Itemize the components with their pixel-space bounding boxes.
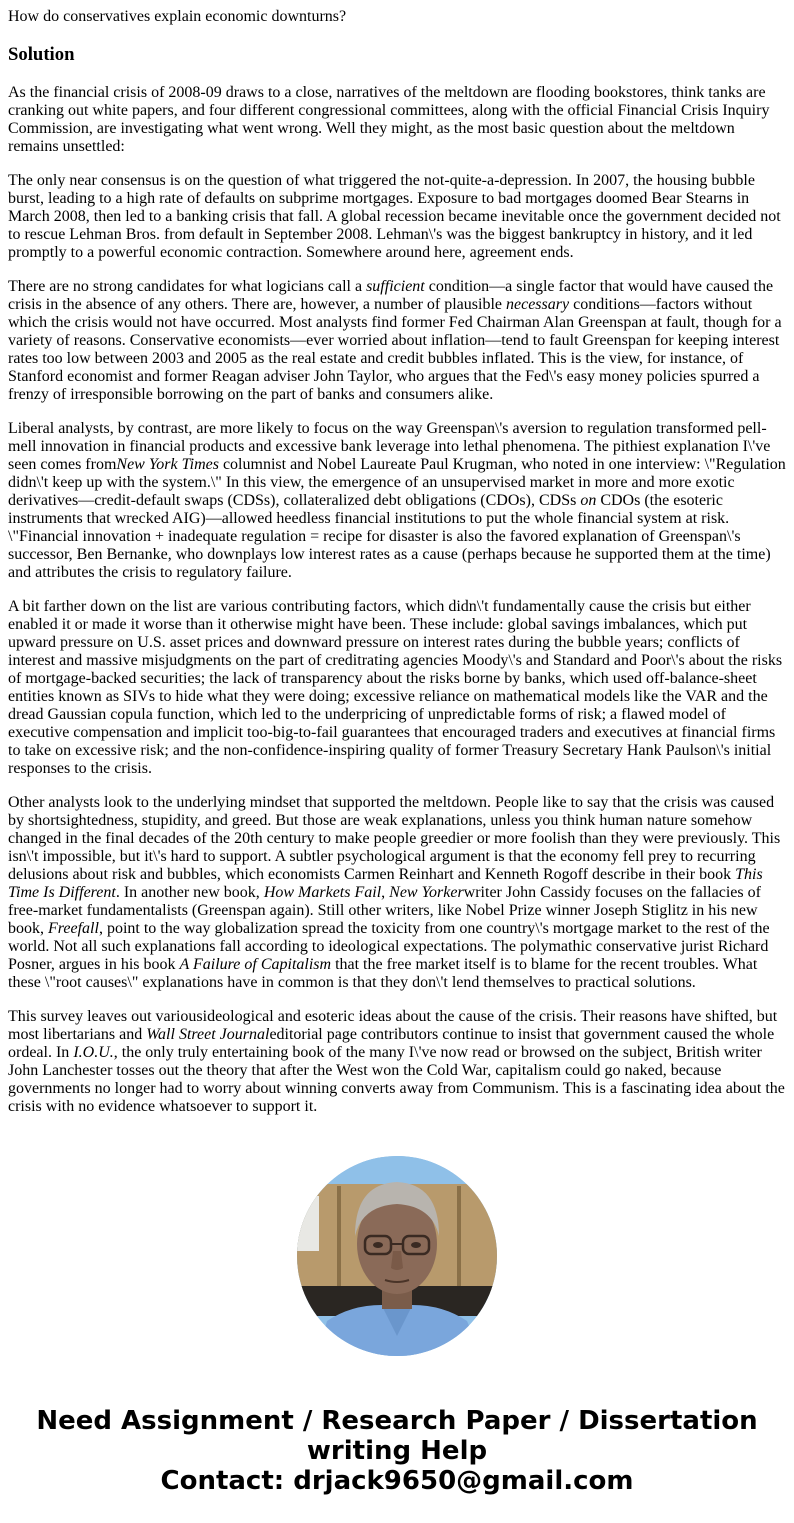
paragraph: This survey leaves out variousideologica…	[8, 1008, 786, 1116]
paragraph: There are no strong candidates for what …	[8, 278, 786, 404]
italic-text: sufficient	[366, 278, 425, 295]
text-run: . In another new book,	[116, 884, 264, 901]
answer-body: As the financial crisis of 2008-09 draws…	[8, 84, 786, 1116]
solution-heading: Solution	[8, 44, 786, 66]
italic-text: New Yorker	[389, 884, 464, 901]
italic-text: Freefall	[48, 920, 99, 937]
paragraph: The only near consensus is on the questi…	[8, 172, 786, 262]
photo-container	[8, 1156, 786, 1356]
paragraph: Liberal analysts, by contrast, are more …	[8, 420, 786, 582]
italic-text: necessary	[506, 296, 569, 313]
text-run: There are no strong candidates for what …	[8, 278, 366, 295]
italic-text: Wall Street Journal	[146, 1026, 269, 1043]
italic-text: I.O.U.	[73, 1044, 113, 1061]
paragraph: A bit farther down on the list are vario…	[8, 598, 786, 778]
paragraph: Other analysts look to the underlying mi…	[8, 794, 786, 992]
italic-text: A Failure of Capitalism	[180, 956, 332, 973]
promo-line-1: Need Assignment / Research Paper / Disse…	[8, 1406, 786, 1436]
italic-text: New York Times	[116, 456, 219, 473]
text-run: ,	[381, 884, 389, 901]
italic-text: on	[580, 492, 596, 509]
text-run: , the only truly entertaining book of th…	[8, 1044, 785, 1115]
contact-banner: Need Assignment / Research Paper / Disse…	[8, 1406, 786, 1496]
question-text: How do conservatives explain economic do…	[8, 8, 786, 26]
text-run: As the financial crisis of 2008-09 draws…	[8, 84, 769, 155]
promo-line-2: writing Help	[8, 1436, 786, 1466]
tutor-photo	[297, 1156, 497, 1356]
italic-text: How Markets Fail	[264, 884, 381, 901]
text-run: A bit farther down on the list are vario…	[8, 598, 782, 777]
text-run: The only near consensus is on the questi…	[8, 172, 781, 261]
promo-contact-email: Contact: drjack9650@gmail.com	[8, 1466, 786, 1496]
page: How do conservatives explain economic do…	[0, 0, 794, 1496]
text-run: Other analysts look to the underlying mi…	[8, 794, 780, 883]
paragraph: As the financial crisis of 2008-09 draws…	[8, 84, 786, 156]
portrait-image	[297, 1156, 497, 1356]
